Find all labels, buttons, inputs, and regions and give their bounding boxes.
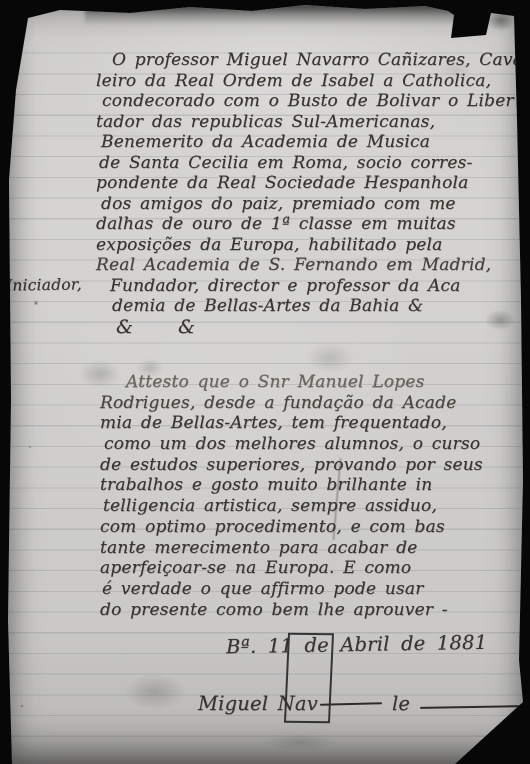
- photo-frame: Iniciador, O professor Miguel Navarro Ca…: [0, 0, 530, 764]
- paper-sheet: Iniciador, O professor Miguel Navarro Ca…: [0, 0, 530, 764]
- edge-vignette: [0, 0, 530, 764]
